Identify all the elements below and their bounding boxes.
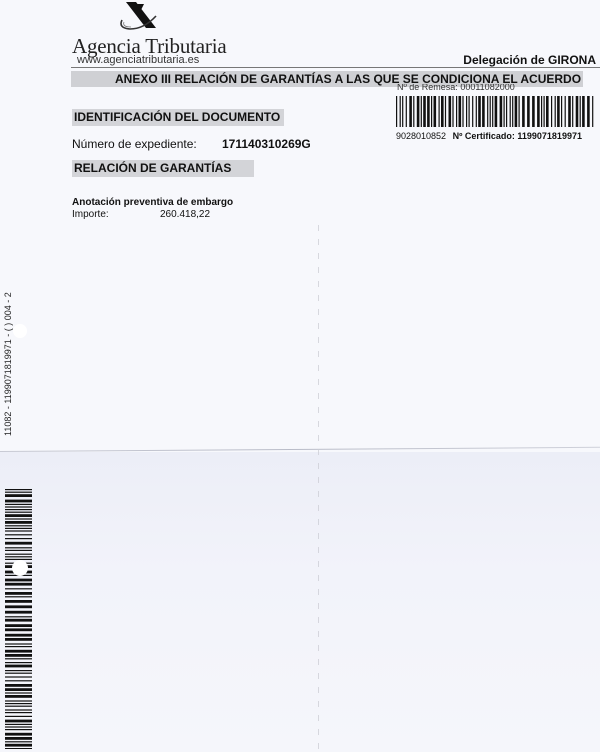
certificate-barcode xyxy=(396,96,595,127)
punch-hole xyxy=(12,560,28,576)
remesa-line: Nº de Remesa: 00011082000 xyxy=(397,84,515,93)
garantia-type: Anotación preventiva de embargo xyxy=(72,197,233,208)
side-barcode xyxy=(5,489,32,749)
identificacion-title: IDENTIFICACIÓN DEL DOCUMENTO xyxy=(74,110,280,124)
agencia-tributaria-logo-icon xyxy=(116,2,166,34)
punch-hole xyxy=(13,324,27,338)
certificate-line: 9028010852 Nº Certificado: 1199071819971 xyxy=(396,131,582,141)
garantias-title: RELACIÓN DE GARANTÍAS xyxy=(74,161,231,175)
logo-url: www.agenciatributaria.es xyxy=(77,54,199,66)
remesa-label: Nº de Remesa: xyxy=(397,84,458,92)
expediente-value: 171140310269G xyxy=(222,137,311,151)
importe-label: Importe: xyxy=(72,209,109,220)
expediente-label: Número de expediente: xyxy=(72,137,197,151)
paper-lower-half xyxy=(0,452,600,752)
certificado-value: 1199071819971 xyxy=(517,131,582,141)
importe-value: 260.418,22 xyxy=(160,209,210,220)
delegacion-label: Delegación de GIRONA xyxy=(463,53,596,67)
document-page: Agencia Tributaria www.agenciatributaria… xyxy=(0,0,600,752)
barcode-number: 9028010852 xyxy=(396,131,446,141)
side-margin-code: 11082 - 1199071819971 - ( ) 004 - 2 xyxy=(3,292,13,436)
remesa-value: 00011082000 xyxy=(460,84,514,92)
certificado-label: Nº Certificado: xyxy=(453,131,515,141)
fold-line-vertical xyxy=(318,225,319,752)
header-rule xyxy=(71,67,600,68)
